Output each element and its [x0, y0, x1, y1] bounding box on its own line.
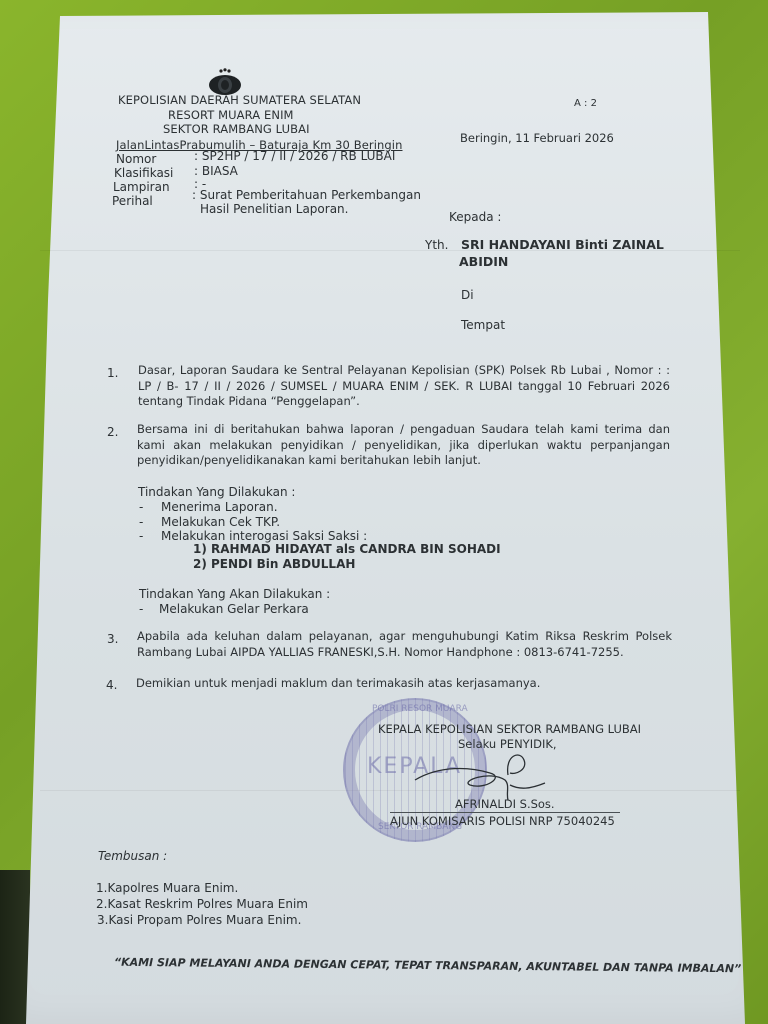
signature-title: KEPALA KEPOLISIAN SEKTOR RAMBANG LUBAI: [378, 722, 641, 737]
meta-label-nomor: Nomor: [116, 152, 156, 167]
signatory-rank: AJUN KOMISARIS POLISI NRP 75040245: [390, 814, 615, 829]
meta-value-nomor: : SP2HP / 17 / II / 2026 / RB LUBAI: [194, 149, 395, 164]
item-text: Dasar, Laporan Saudara ke Sentral Pelaya…: [138, 363, 670, 410]
recipient-name: SRI HANDAYANI Binti ZAINAL: [461, 237, 664, 252]
item-text: Bersama ini di beritahukan bahwa laporan…: [137, 422, 670, 469]
tembusan-heading: Tembusan :: [98, 849, 167, 864]
tembusan-item: 2.Kasat Reskrim Polres Muara Enim: [96, 897, 308, 912]
tembusan-item: 1.Kapolres Muara Enim.: [96, 881, 238, 896]
signature-icon: [410, 745, 560, 805]
item-number: 1.: [107, 366, 118, 381]
item-number: 3.: [107, 632, 118, 647]
done-heading: Tindakan Yang Dilakukan :: [138, 485, 295, 500]
police-emblem-icon: [207, 68, 243, 96]
dash: -: [139, 500, 143, 515]
item-text: Apabila ada keluhan dalam pelayanan, aga…: [137, 629, 672, 660]
recipient-name-line2: ABIDIN: [459, 254, 508, 269]
document-code: A : 2: [574, 96, 597, 111]
witness-item: 2) PENDI Bin ABDULLAH: [193, 557, 355, 572]
dash: -: [139, 515, 143, 530]
done-item: Menerima Laporan.: [161, 500, 278, 515]
recipient-yth: Yth.: [425, 238, 448, 253]
dash: -: [139, 602, 143, 617]
meta-value-perihal: : Surat Pemberitahuan Perkembangan: [192, 188, 421, 203]
meta-label-klasifikasi: Klasifikasi: [114, 166, 173, 181]
dash: -: [139, 529, 143, 544]
recipient-di: Di: [461, 288, 474, 303]
tembusan-item: 3.Kasi Propam Polres Muara Enim.: [97, 913, 301, 928]
meta-label-perihal: Perihal: [112, 194, 153, 209]
org-name-line2: RESORT MUARA ENIM: [168, 108, 294, 123]
item-number: 4.: [106, 678, 117, 693]
todo-heading: Tindakan Yang Akan Dilakukan :: [139, 587, 330, 602]
item-number: 2.: [107, 425, 118, 440]
signature-line: [390, 812, 620, 813]
place-date: Beringin, 11 Februari 2026: [460, 131, 614, 146]
org-name-line1: KEPOLISIAN DAERAH SUMATERA SELATAN: [118, 93, 361, 108]
meta-value-perihal-line2: Hasil Penelitian Laporan.: [200, 202, 348, 217]
recipient-kepada: Kepada :: [449, 210, 501, 225]
recipient-tempat: Tempat: [461, 318, 505, 333]
witness-item: 1) RAHMAD HIDAYAT als CANDRA BIN SOHADI: [193, 542, 501, 557]
signatory-name: AFRINALDI S.Sos.: [455, 797, 555, 812]
org-name-line3: SEKTOR RAMBANG LUBAI: [163, 122, 310, 137]
done-item: Melakukan Cek TKP.: [161, 515, 280, 530]
todo-item: Melakukan Gelar Perkara: [159, 602, 309, 617]
stamp-ring-top: POLRI RESOR MUARA: [372, 704, 468, 714]
background-shadow: [0, 870, 30, 1024]
item-text: Demikian untuk menjadi maklum dan terima…: [136, 676, 540, 691]
meta-label-lampiran: Lampiran: [113, 180, 170, 195]
